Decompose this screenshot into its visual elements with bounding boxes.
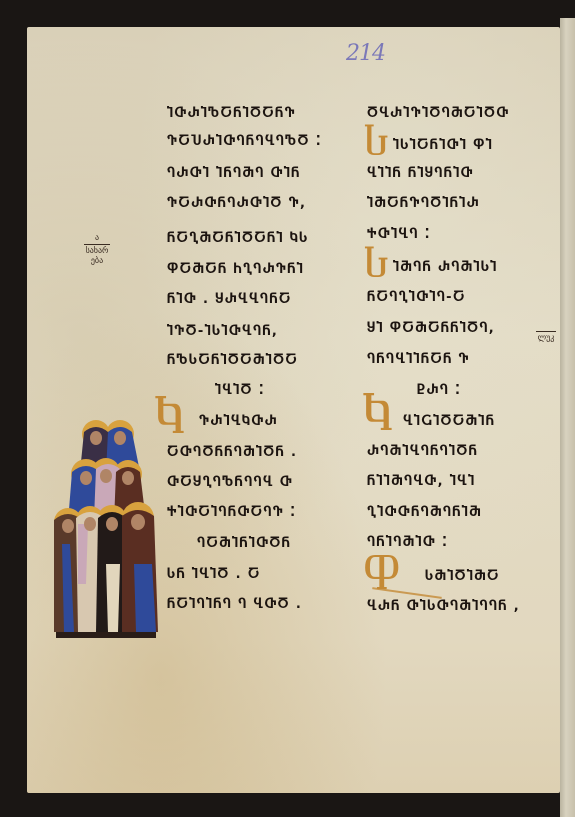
text-line: ႡႰႬ ႧႨႱႧႤႫႨႤႤႬ , [367, 598, 520, 616]
text-line: ႤႠႫႨႬႨႧႣႬ [197, 535, 291, 553]
gold-initial: Ⴑ [363, 244, 389, 288]
text-line: ႬႨႧ . ႸႰႡႡႤႬႠ [167, 291, 292, 309]
text-line: ႠႧႤႣႬႬႤႫႨႣႬ . [167, 444, 297, 462]
folio-number: 214 [346, 41, 385, 66]
text-line: ႤႬႨႤႫႨႧ ⁚ [367, 534, 448, 552]
text-line: ႥႠႰႧႬႤႰႧႨႣ Ⴅ, [167, 195, 306, 213]
text-line: ႥႰႨႡႩႧႰ [199, 413, 278, 431]
left-margin-note: ა სახარ ება [77, 233, 117, 266]
text-line: ႨႥႣ-ႨႱႨႧႡႤႬ, [167, 323, 278, 341]
text-line: ႵႨႧႠႨႤႬႧႠႤႥ ⁚ [167, 504, 296, 522]
margin-note-line: ება [77, 256, 117, 266]
text-line: ႡႨႨႬ ႬႨႸႤႬႨႧ [367, 165, 474, 183]
gold-initial: Ⴉ [361, 394, 394, 438]
text-line: ႱႫႨႣႨႫႠ [425, 568, 500, 586]
text-line: ႨႱႨႠႬႨႧႨ ႴႨ [393, 137, 493, 155]
text-line: ႵႧႨႡႤ ⁚ [367, 226, 431, 244]
text-line: ႬႨႨႫႤႡႧ, ႨႡႨ [367, 473, 475, 491]
text-line: ႲႰႤ ⁚ [417, 382, 461, 400]
text-line: ႧႠႸႢႤႪႬႤႤႡ Ⴇ [167, 474, 293, 492]
text-line: ႨႧႰႨႪႠႬႨႣႠႬႥ [167, 105, 296, 123]
gold-initial: Ⴑ [363, 122, 389, 166]
text-line: ႬႠႢႫႠႬႨႣႠႬႨ ႩႱ [167, 230, 309, 248]
margin-note-line: ა [77, 233, 117, 243]
text-line: ႣႡႰႨႥႨႣႤႫႠႨႣႧ [367, 105, 510, 123]
right-margin-note: ლუკ [532, 331, 560, 343]
text-line: ႴႠႫႠႬ ႹႢႤႰႥႬႨ [167, 261, 304, 279]
text-line: ႰႤႫႨႡႤႬႤႨႣႬ [367, 443, 478, 461]
text-line: ႤႬႤႡႨႨႬႠႬ Ⴅ [367, 351, 470, 369]
text-line: ႨႫႠႬႥႤႣႨႬႨႰ [367, 195, 480, 213]
text-line: ႸႨ ႴႠႫႠႬႬႨႣႤ, [367, 320, 495, 338]
text-line: ႬႠႤႢႨႧႨႤ-Ⴀ [367, 289, 466, 307]
margin-note-rule [84, 244, 110, 245]
text-line: ႥႠႮႰႨႧႤႬႤႡႤႪႣ ⁚ [167, 133, 322, 151]
text-line: ႬႠႨႤႨႬႤ Ⴄ ႡႧႣ . [167, 596, 302, 614]
text-line: ႨႡႨႣ ⁚ [215, 382, 265, 400]
margin-note-line: ლუკ [532, 333, 560, 343]
manuscript-page: 214 ა სახარ ება ლუკ ႨႧႰႨႪႠႬႨႣႠႬႥ ႥႠႮႰႨႧႤ… [27, 27, 560, 793]
margin-note-line: სახარ [77, 246, 117, 256]
text-line: ႢႨႧႧႬႤႫႤႬႨႫ [367, 504, 482, 522]
text-line: ႨႫႤႬ ႰႤႫႨႱႨ [393, 259, 498, 277]
text-line: ႬႪႱႠႬႨႣႠႫႨႣႠ [167, 352, 298, 370]
text-line: ႤႰႧႨ ႨႬႤႫႤ ႧႨႬ [167, 165, 301, 183]
margin-note-rule [536, 331, 556, 332]
text-line: ႡႨႺႨႣႠႫႨႬ [403, 413, 495, 431]
text-line: ႱႬ ႨႡႨႣ . Ⴀ [167, 566, 261, 584]
next-leaf-edge [560, 18, 575, 817]
miniature-holy-women [48, 414, 168, 644]
